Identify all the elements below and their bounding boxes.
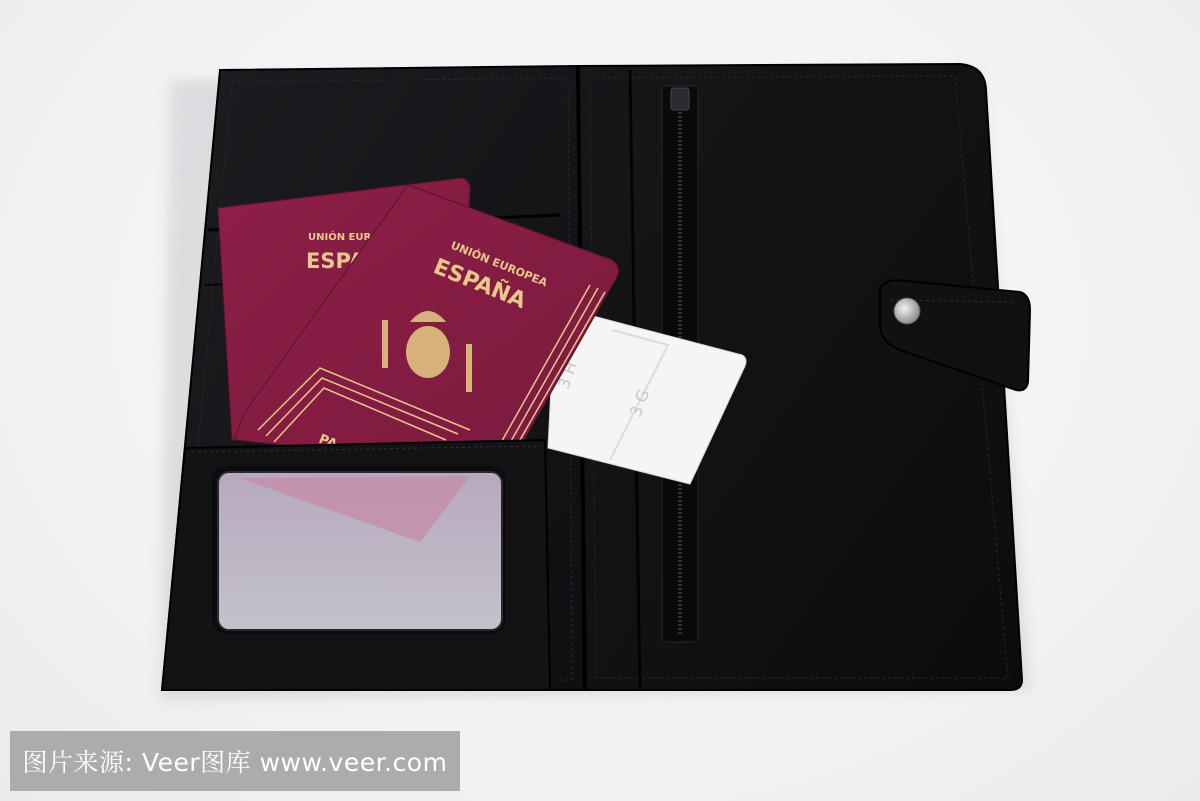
watermark-text: 图片来源: Veer图库 www.veer.com <box>23 743 448 779</box>
snap-button-icon <box>894 298 920 324</box>
watermark-banner: 图片来源: Veer图库 www.veer.com <box>10 731 460 791</box>
front-pocket <box>162 440 550 690</box>
wallet-photo: 3 H 3 G UNIÓN EUR ESPA UNIÓN EUROPEA ESP… <box>0 0 1200 801</box>
svg-text:UNIÓN EUR: UNIÓN EUR <box>308 230 372 243</box>
